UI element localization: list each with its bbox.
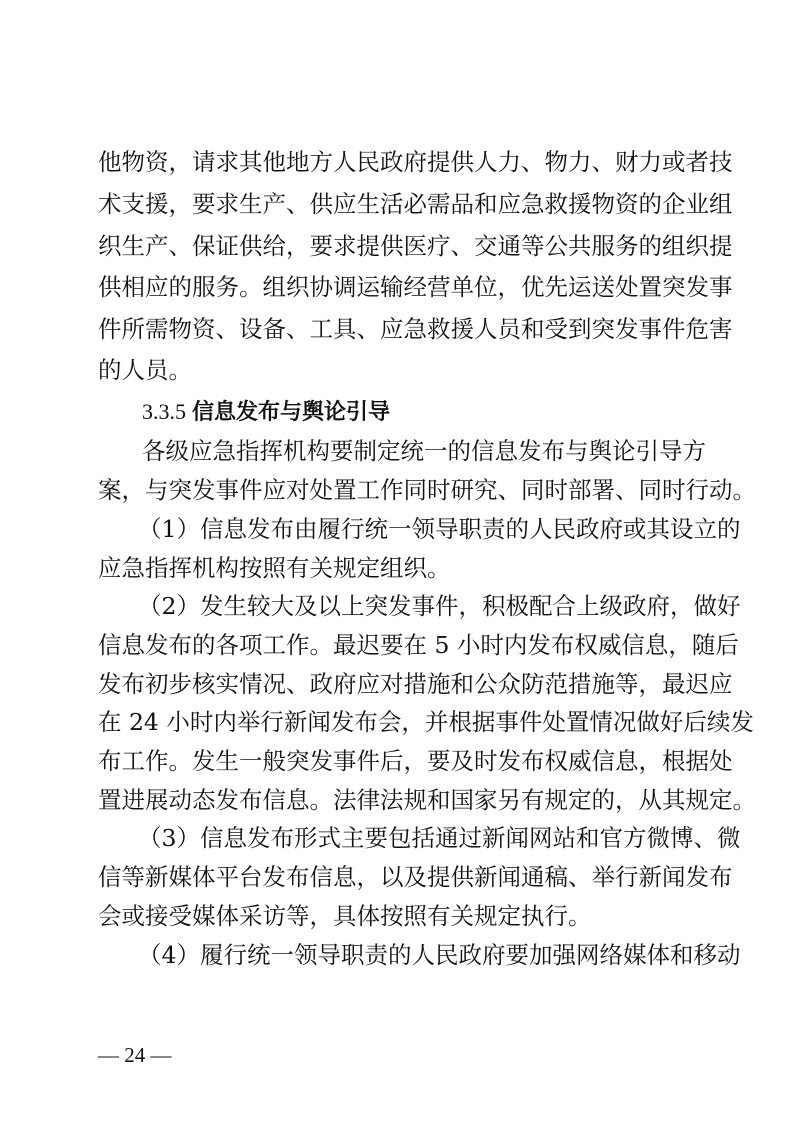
body-text-line: 件所需物资、设备、工具、应急救援人员和受到突发事件危害 bbox=[98, 314, 700, 344]
body-text-line: 信等新媒体平台发布信息，以及提供新闻通稿、举行新闻发布 bbox=[98, 862, 700, 892]
body-text-line: 的人员。 bbox=[98, 355, 700, 385]
body-text-line: 信息发布的各项工作。最迟要在 5 小时内发布权威信息，随后 bbox=[98, 630, 700, 660]
body-text-line: 在 24 小时内举行新闻发布会，并根据事件处置情况做好后续发 bbox=[98, 707, 700, 737]
list-item-line: （2）发生较大及以上突发事件，积极配合上级政府，做好 bbox=[138, 591, 700, 621]
body-text-line: 发布初步核实情况、政府应对措施和公众防范措施等，最迟应 bbox=[98, 669, 700, 699]
body-text-line: 术支援，要求生产、供应生活必需品和应急救援物资的企业组 bbox=[98, 189, 700, 219]
body-text-line: 各级应急指挥机构要制定统一的信息发布与舆论引导方 bbox=[142, 436, 700, 466]
list-item-line: （4）履行统一领导职责的人民政府要加强网络媒体和移动 bbox=[138, 940, 700, 970]
body-text-line: 会或接受媒体采访等，具体按照有关规定执行。 bbox=[98, 901, 700, 931]
document-page: 他物资，请求其他地方人民政府提供人力、物力、财力或者技 术支援，要求生产、供应生… bbox=[0, 0, 793, 1122]
section-title: 信息发布与舆论引导 bbox=[192, 400, 390, 425]
section-heading: 3.3.5信息发布与舆论引导 bbox=[142, 397, 390, 428]
list-item-line: （1）信息发布由履行统一领导职责的人民政府或其设立的 bbox=[138, 514, 700, 544]
body-text-line: 应急指挥机构按照有关规定组织。 bbox=[98, 553, 700, 583]
body-text-line: 织生产、保证供给，要求提供医疗、交通等公共服务的组织提 bbox=[98, 231, 700, 261]
body-text-line: 布工作。发生一般突发事件后，要及时发布权威信息，根据处 bbox=[98, 746, 700, 776]
list-item-line: （3）信息发布形式主要包括通过新闻网站和官方微博、微 bbox=[138, 823, 700, 853]
page-number: — 24 — bbox=[98, 1042, 172, 1068]
body-text-line: 他物资，请求其他地方人民政府提供人力、物力、财力或者技 bbox=[98, 147, 700, 177]
body-text-line: 供相应的服务。组织协调运输经营单位，优先运送处置突发事 bbox=[98, 272, 700, 302]
section-number: 3.3.5 bbox=[142, 399, 186, 424]
body-text-line: 案，与突发事件应对处置工作同时研究、同时部署、同时行动。 bbox=[98, 475, 700, 505]
body-text-line: 置进展动态发布信息。法律法规和国家另有规定的，从其规定。 bbox=[98, 785, 700, 815]
